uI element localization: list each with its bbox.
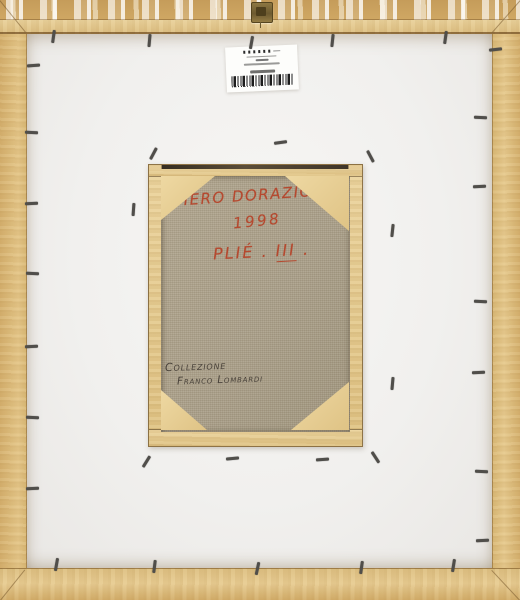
label-text-line	[244, 62, 280, 65]
staple	[25, 202, 38, 205]
collection-note-line2: Franco Lombardi	[177, 373, 263, 388]
label-barcode	[231, 74, 293, 88]
frame-bar-right	[492, 0, 520, 600]
staple	[26, 487, 39, 490]
staple	[26, 272, 39, 275]
canvas-back: PIERO DORAZIO 1998 PLIÉ . III . Collezio…	[161, 176, 350, 432]
label-text-line	[246, 55, 276, 58]
collection-note-line1: Collezione	[165, 359, 227, 374]
title-suffix: .	[295, 239, 310, 259]
frame-bar-bottom	[0, 568, 520, 600]
framed-artwork-back: PIERO DORAZIO 1998 PLIÉ . III . Collezio…	[0, 0, 520, 600]
inscription-title: PLIÉ . III .	[213, 239, 311, 263]
label-logo-dots	[243, 49, 280, 53]
hanger-nail	[260, 22, 261, 28]
brass-hanger	[251, 2, 273, 23]
staple	[474, 300, 487, 303]
canvas-window-cutout: PIERO DORAZIO 1998 PLIÉ . III . Collezio…	[148, 164, 363, 447]
stretcher-bar-right	[348, 165, 362, 446]
title-numeral: III	[275, 240, 296, 262]
inscription-year: 1998	[232, 210, 282, 233]
title-word: PLIÉ .	[213, 242, 269, 264]
auction-label	[225, 44, 299, 92]
label-text-line	[255, 59, 268, 61]
staple	[472, 371, 485, 374]
label-number	[250, 70, 275, 74]
staple	[26, 416, 39, 419]
frame-bar-left	[0, 0, 27, 600]
